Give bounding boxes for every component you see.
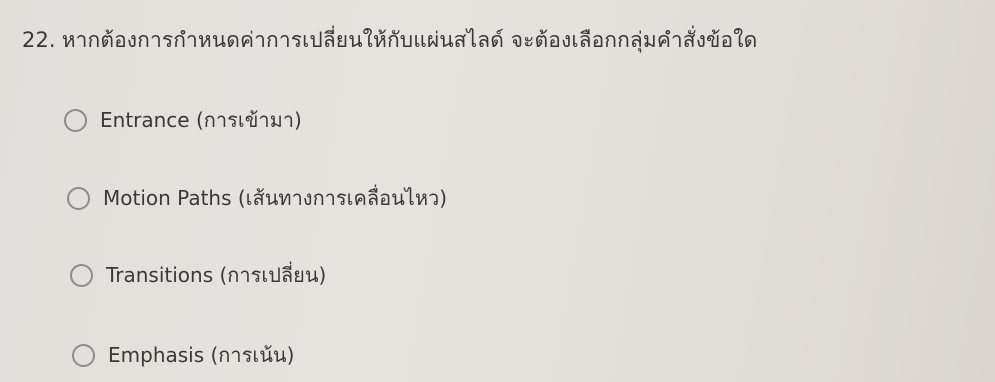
option-label: Emphasis (การเน้น)	[108, 339, 294, 371]
option-label: Entrance (การเข้ามา)	[100, 104, 302, 136]
option-label: Motion Paths (เส้นทางการเคลื่อนไหว)	[103, 182, 447, 214]
radio-button-icon[interactable]	[70, 264, 93, 287]
option-label: Transitions (การเปลี่ยน)	[106, 259, 326, 291]
question-number: 22.	[22, 28, 56, 52]
option-entrance[interactable]: Entrance (การเข้ามา)	[64, 104, 302, 136]
question-text: 22.หากต้องการกำหนดค่าการเปลี่ยนให้กับแผ่…	[22, 24, 757, 57]
question-body: หากต้องการกำหนดค่าการเปลี่ยนให้กับแผ่นสไ…	[62, 28, 758, 52]
radio-button-icon[interactable]	[64, 109, 87, 132]
option-transitions[interactable]: Transitions (การเปลี่ยน)	[70, 259, 326, 291]
radio-button-icon[interactable]	[72, 344, 95, 367]
option-motion-paths[interactable]: Motion Paths (เส้นทางการเคลื่อนไหว)	[67, 182, 447, 214]
radio-button-icon[interactable]	[67, 187, 90, 210]
option-emphasis[interactable]: Emphasis (การเน้น)	[72, 339, 294, 371]
